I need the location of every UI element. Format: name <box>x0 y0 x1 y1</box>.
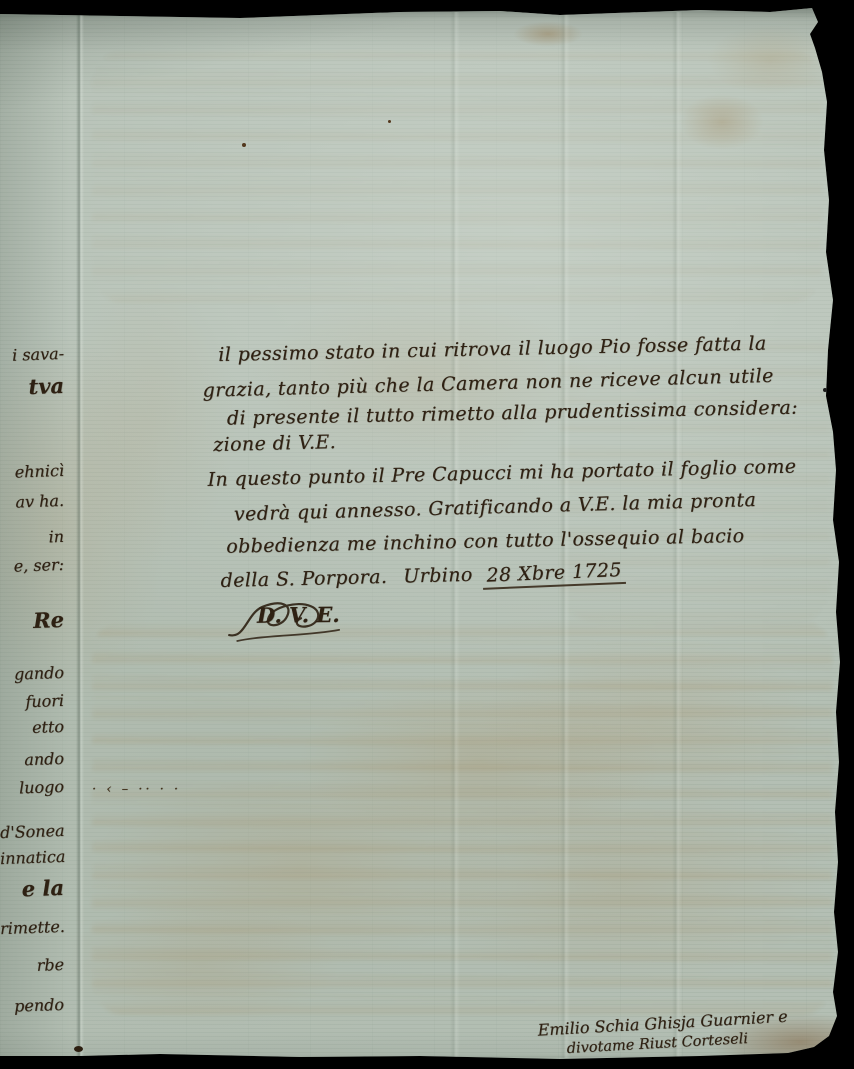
dateline-date: 28 Xbre 1725 <box>482 559 626 590</box>
margin-fragment: d'Sonea <box>0 821 64 842</box>
monogram-text: D. V. E. <box>257 602 340 628</box>
margin-fragment: e, ser: <box>0 555 64 576</box>
margin-fragment: e la <box>0 875 64 902</box>
ink-speck <box>828 396 831 399</box>
ink-speck <box>74 1046 83 1052</box>
ink-speck <box>823 388 827 392</box>
margin-fragment: rimette. <box>0 917 64 938</box>
margin-fragment: ando <box>0 749 64 770</box>
margin-fragment: luogo <box>0 777 64 798</box>
vertical-fold-crease <box>76 12 84 1058</box>
closing-text: della S. Porpora. <box>220 566 387 592</box>
margin-fragment: pendo <box>0 995 64 1016</box>
margin-fragment: etto <box>0 717 64 738</box>
margin-fragment: tva <box>0 373 64 400</box>
margin-fragment: rbe <box>0 955 64 976</box>
margin-fragment: Re <box>0 607 64 634</box>
dateline-place: Urbino <box>403 564 473 588</box>
ink-bleedthrough-lower <box>92 622 832 1014</box>
margin-fragment: ehnicì <box>0 461 64 482</box>
margin-fragment: gando <box>0 663 64 684</box>
margin-fragment: fuori <box>0 691 64 712</box>
ink-dot-row: · ‹ – ·· · · <box>92 782 181 797</box>
paper-sheet: i sava- tva ehnicì av ha. in e, ser: Re … <box>0 0 854 1069</box>
margin-fragment: in <box>0 527 64 548</box>
margin-fragment: innatica <box>0 847 64 868</box>
ink-speck <box>388 120 391 123</box>
margin-fragment: i sava- <box>0 344 64 365</box>
manuscript-photo: i sava- tva ehnicì av ha. in e, ser: Re … <box>0 0 854 1069</box>
margin-fragment: av ha. <box>0 491 64 512</box>
closing-monogram: D. V. E. <box>227 594 348 647</box>
letter-line: zione di V.E. <box>213 431 336 456</box>
ink-speck <box>242 143 246 147</box>
